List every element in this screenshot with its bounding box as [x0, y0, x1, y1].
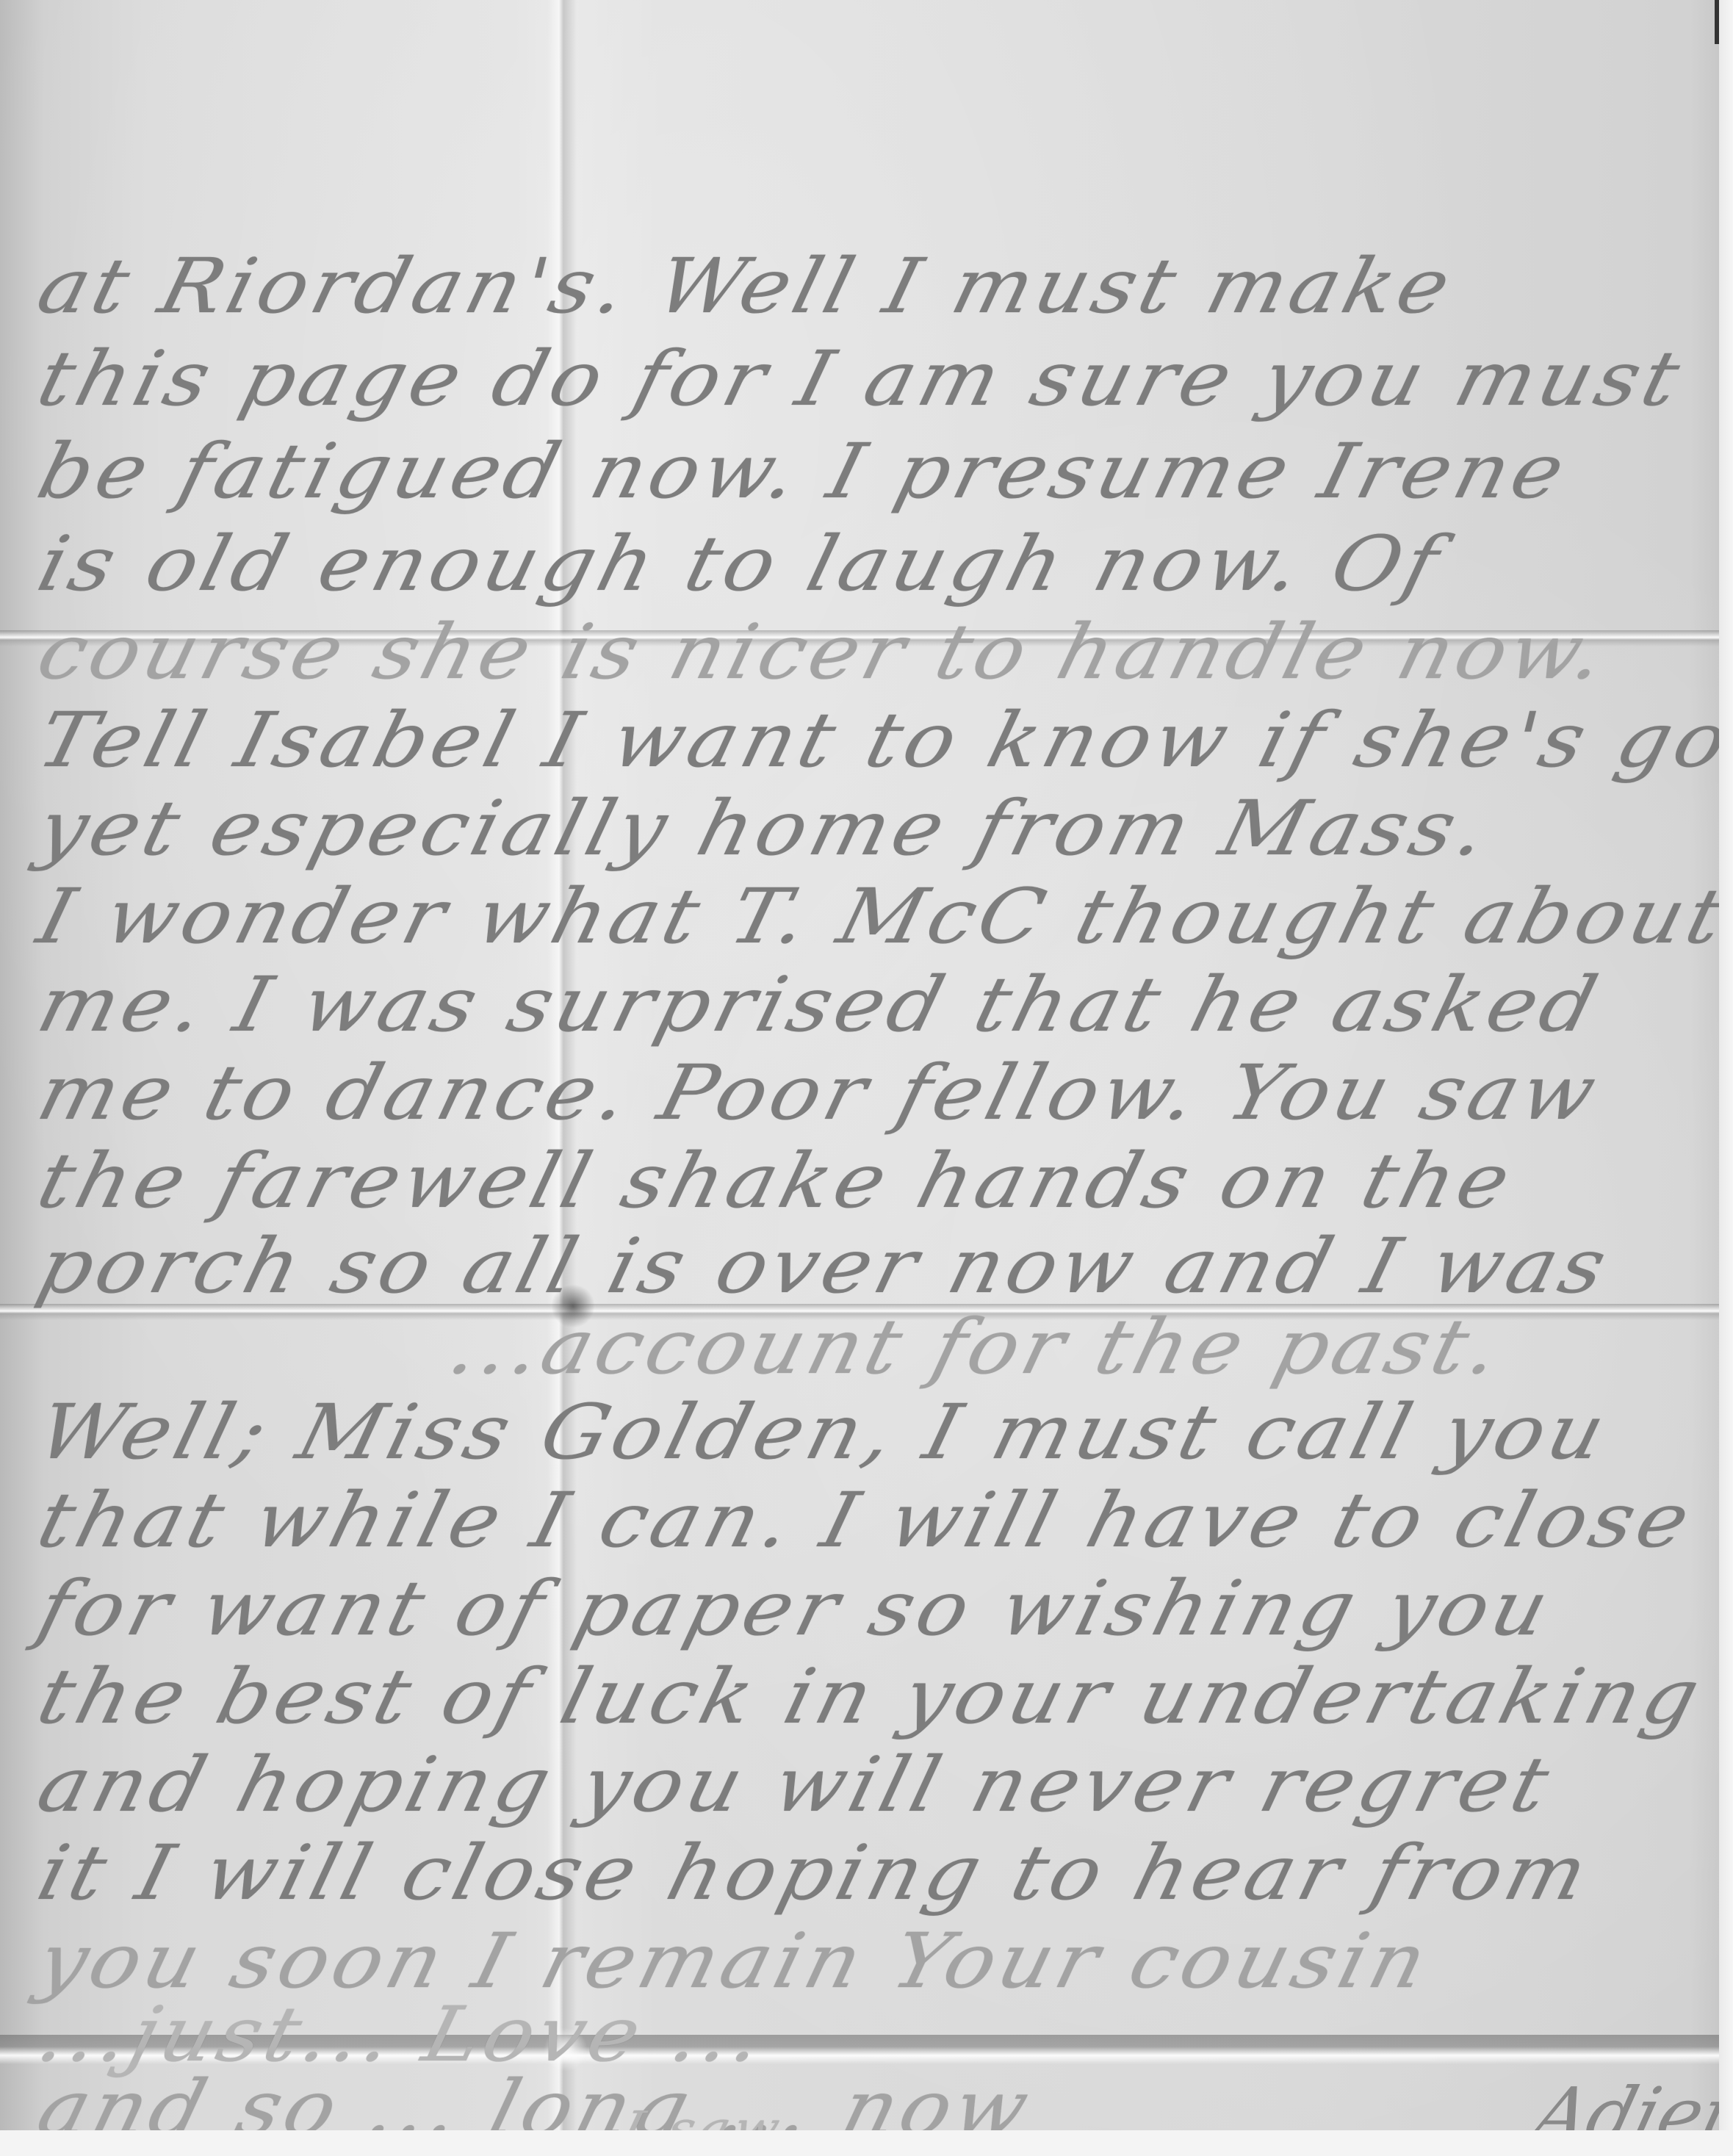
letter-line: and hoping you will never regret	[29, 1741, 1733, 1829]
letter-line: for want of paper so wishing you	[29, 1565, 1733, 1653]
letter-page: at Riordan's. Well I must make this page…	[0, 0, 1719, 2130]
letter-line: it I will close hoping to hear from	[29, 1829, 1733, 1917]
scanner-corner-mark	[1715, 0, 1719, 44]
letter-line: is old enough to laugh now. Of	[29, 520, 1733, 608]
letter-line: be fatigued now. I presume Irene	[29, 428, 1733, 516]
letter-line: ...account for the past.	[441, 1303, 1733, 1391]
scanner-border	[1719, 0, 1733, 2156]
letter-line: that while I can. I will have to close	[29, 1477, 1733, 1565]
letter-line: I wonder what T. McC thought about	[29, 873, 1733, 961]
letter-line: Well; Miss Golden, I must call you	[29, 1388, 1733, 1477]
letter-line: the best of luck in your undertaking	[29, 1653, 1733, 1741]
letter-line: the farewell shake hands on the	[29, 1137, 1733, 1225]
handwritten-text: at Riordan's. Well I must make this page…	[0, 0, 1719, 2130]
letter-line: course she is nicer to handle now.	[29, 608, 1733, 696]
letter-line: yet especially home from Mass.	[29, 785, 1733, 873]
letter-line: Tell Isabel I want to know if she's goin…	[29, 696, 1733, 785]
letter-line: me. I was surprised that he asked	[29, 961, 1733, 1049]
letter-line: porch so all is over now and I was	[29, 1222, 1733, 1310]
letter-line: at Riordan's. Well I must make	[29, 242, 1733, 331]
letter-line: me to dance. Poor fellow. You saw	[29, 1049, 1733, 1137]
letter-line: this page do for I am sure you must	[29, 335, 1733, 423]
scanner-bottom-border	[0, 2130, 1733, 2156]
